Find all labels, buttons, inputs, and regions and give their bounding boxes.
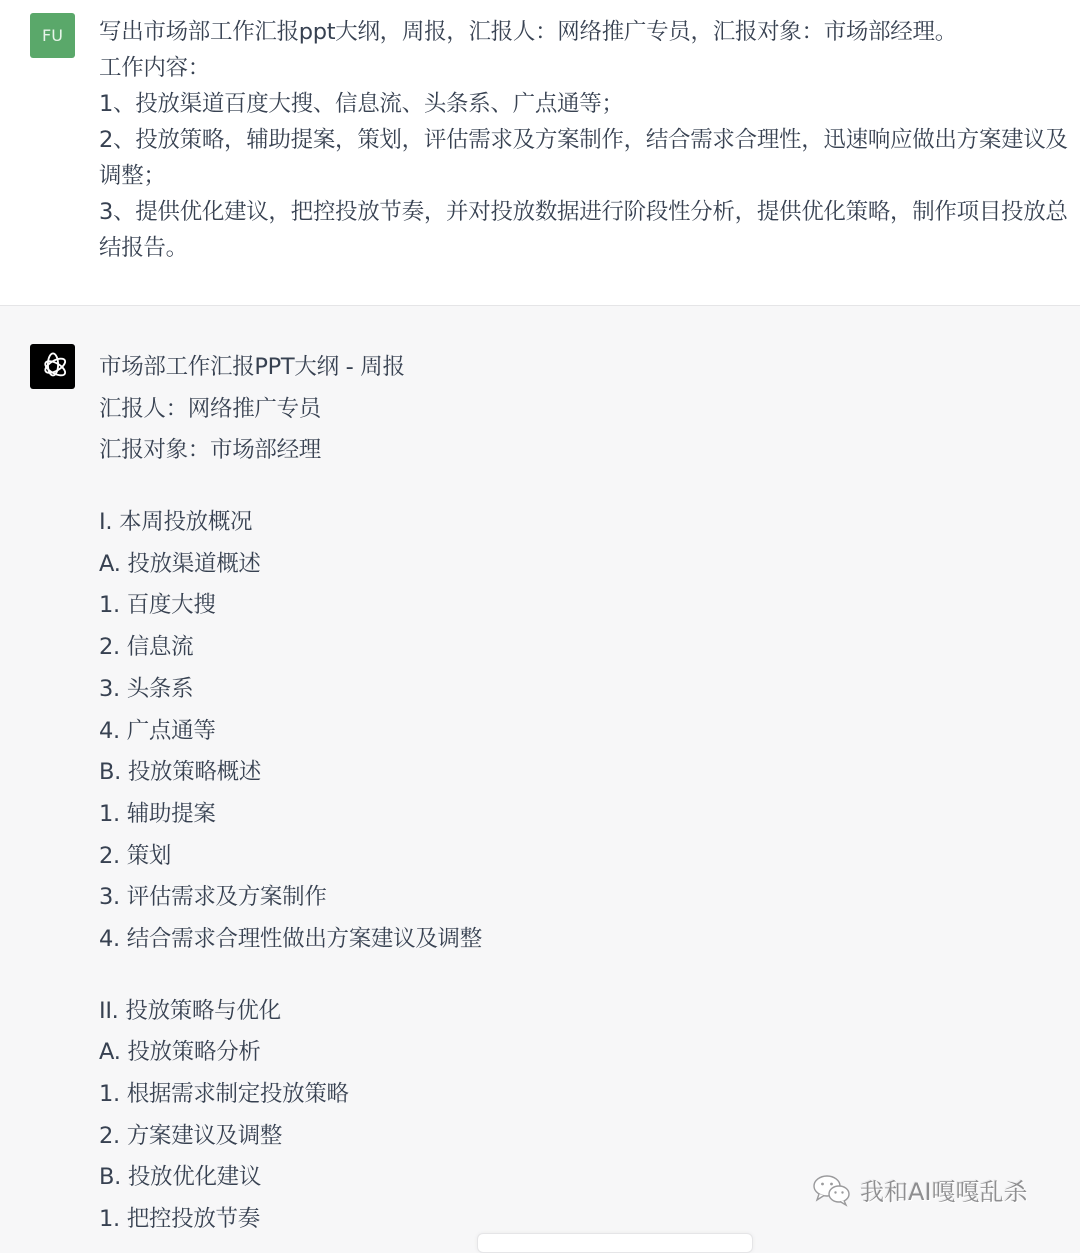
subsection-heading: A. 投放策略分析 [99,1032,1059,1074]
assistant-message: 市场部工作汇报PPT大纲 - 周报 汇报人：网络推广专员 汇报对象：市场部经理 … [0,307,1080,1240]
assistant-message-text: 市场部工作汇报PPT大纲 - 周报 汇报人：网络推广专员 汇报对象：市场部经理 … [99,347,1059,1240]
list-item: 4. 结合需求合理性做出方案建议及调整 [99,919,1059,961]
list-item: 3. 评估需求及方案制作 [99,877,1059,919]
subsection-heading: B. 投放策略概述 [99,752,1059,794]
user-line: 1、投放渠道百度大搜、信息流、头条系、广点通等； [99,86,1074,122]
user-line: 工作内容： [99,50,1074,86]
assistant-avatar [30,344,75,389]
user-line: 3、提供优化建议，把控投放节奏，并对投放数据进行阶段性分析，提供优化策略，制作项… [99,194,1074,266]
audience-line: 汇报对象：市场部经理 [99,430,1059,472]
user-avatar: FU [30,13,75,58]
section-heading: I. 本周投放概况 [99,502,1059,544]
user-message: FU 写出市场部工作汇报ppt大纲，周报，汇报人：网络推广专员，汇报对象：市场部… [0,0,1080,306]
list-item: 2. 信息流 [99,627,1059,669]
list-item: 1. 根据需求制定投放策略 [99,1074,1059,1116]
user-line: 写出市场部工作汇报ppt大纲，周报，汇报人：网络推广专员，汇报对象：市场部经理。 [99,14,1074,50]
watermark-text: 我和AI嘎嘎乱杀 [860,1172,1028,1207]
list-item: 1. 辅助提案 [99,794,1059,836]
list-item: 2. 策划 [99,836,1059,878]
watermark: 我和AI嘎嘎乱杀 [812,1172,1028,1207]
message-input-box[interactable] [477,1233,753,1240]
subsection-heading: A. 投放渠道概述 [99,544,1059,586]
wechat-icon [812,1173,852,1207]
reporter-line: 汇报人：网络推广专员 [99,389,1059,431]
user-message-text: 写出市场部工作汇报ppt大纲，周报，汇报人：网络推广专员，汇报对象：市场部经理。… [99,14,1074,266]
list-item: 2. 方案建议及调整 [99,1116,1059,1158]
list-item: 4. 广点通等 [99,711,1059,753]
openai-logo-icon [36,350,70,384]
user-line: 2、投放策略，辅助提案，策划，评估需求及方案制作，结合需求合理性，迅速响应做出方… [99,122,1074,194]
list-item: 3. 头条系 [99,669,1059,711]
outline-title: 市场部工作汇报PPT大纲 - 周报 [99,347,1059,389]
section-heading: II. 投放策略与优化 [99,991,1059,1033]
list-item: 1. 百度大搜 [99,585,1059,627]
user-avatar-initials: FU [42,26,63,45]
